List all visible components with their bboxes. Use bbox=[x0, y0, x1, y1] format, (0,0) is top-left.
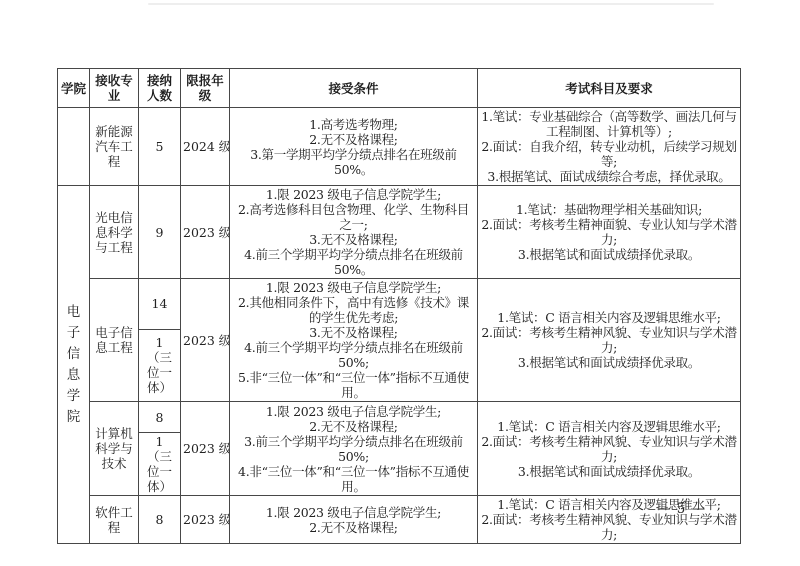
major-cell: 新能源汽车工程 bbox=[90, 108, 139, 186]
header-college: 学院 bbox=[58, 69, 90, 108]
count-cell: 9 bbox=[139, 186, 181, 279]
table-row: 新能源汽车工程 5 2024 级 1.高考选考物理; 2.无不及格课程; 3.第… bbox=[58, 108, 741, 186]
header-conditions: 接受条件 bbox=[230, 69, 478, 108]
college-empty-cell bbox=[58, 108, 90, 186]
count-cell: 5 bbox=[139, 108, 181, 186]
count-regular-cell: 14 bbox=[139, 279, 181, 330]
count-sanweiyiti-cell: 1 （三位一体） bbox=[139, 329, 181, 401]
grade-cell: 2023 级 bbox=[181, 402, 230, 496]
conditions-cell: 1.限 2023 级电子信息学院学生; 2.无不及格课程; bbox=[230, 496, 478, 544]
exam-cell: 1.笔试：专业基础综合（高等数学、画法几何与工程制图、计算机等）; 2.面试：自… bbox=[478, 108, 741, 186]
college-name: 电子信息学院 bbox=[67, 302, 81, 428]
major-cell: 软件工程 bbox=[90, 496, 139, 544]
exam-cell: 1.笔试：基础物理学相关基础知识; 2.面试：考核考生精神面貌、专业认知与学术潜… bbox=[478, 186, 741, 279]
exam-cell: 1.笔试：C 语言相关内容及逻辑思维水平; 2.面试：考核考生精神风貌、专业知识… bbox=[478, 402, 741, 496]
count-regular-cell: 8 bbox=[139, 402, 181, 433]
conditions-cell: 1.限 2023 级电子信息学院学生; 2.无不及格课程; 3.前三个学期平均学… bbox=[230, 402, 478, 496]
conditions-cell: 1.高考选考物理; 2.无不及格课程; 3.第一学期平均学分绩点排名在班级前 5… bbox=[230, 108, 478, 186]
header-count: 接纳人数 bbox=[139, 69, 181, 108]
major-cell: 光电信息科学与工程 bbox=[90, 186, 139, 279]
table-header-row: 学院 接收专业 接纳人数 限报年级 接受条件 考试科目及要求 bbox=[58, 69, 741, 108]
college-merged-cell: 电子信息学院 bbox=[58, 186, 90, 544]
header-major: 接收专业 bbox=[90, 69, 139, 108]
exam-cell: 1.笔试：C 语言相关内容及逻辑思维水平; 2.面试：考核考生精神风貌、专业知识… bbox=[478, 279, 741, 402]
conditions-cell: 1.限 2023 级电子信息学院学生; 2.高考选修科目包含物理、化学、生物科目… bbox=[230, 186, 478, 279]
admission-table: 学院 接收专业 接纳人数 限报年级 接受条件 考试科目及要求 新能源汽车工程 5… bbox=[57, 68, 741, 544]
grade-cell: 2024 级 bbox=[181, 108, 230, 186]
table-row: 电子信息学院 光电信息科学与工程 9 2023 级 1.限 2023 级电子信息… bbox=[58, 186, 741, 279]
header-grade: 限报年级 bbox=[181, 69, 230, 108]
grade-cell: 2023 级 bbox=[181, 496, 230, 544]
count-sanweiyiti-cell: 1 （三位一体） bbox=[139, 433, 181, 496]
major-cell: 计算机科学与技术 bbox=[90, 402, 139, 496]
major-cell: 电子信息工程 bbox=[90, 279, 139, 402]
header-exam: 考试科目及要求 bbox=[478, 69, 741, 108]
count-cell: 8 bbox=[139, 496, 181, 544]
table-row: 电子信息工程 14 2023 级 1.限 2023 级电子信息学院学生; 2.其… bbox=[58, 279, 741, 330]
conditions-cell: 1.限 2023 级电子信息学院学生; 2.其他相同条件下，高中有选修《技术》课… bbox=[230, 279, 478, 402]
scan-artifact bbox=[148, 3, 714, 5]
table-row: 计算机科学与技术 8 2023 级 1.限 2023 级电子信息学院学生; 2.… bbox=[58, 402, 741, 433]
page-number: — 5 — bbox=[657, 501, 706, 517]
table-row: 软件工程 8 2023 级 1.限 2023 级电子信息学院学生; 2.无不及格… bbox=[58, 496, 741, 544]
document-page: 学院 接收专业 接纳人数 限报年级 接受条件 考试科目及要求 新能源汽车工程 5… bbox=[0, 0, 800, 566]
grade-cell: 2023 级 bbox=[181, 279, 230, 402]
grade-cell: 2023 级 bbox=[181, 186, 230, 279]
